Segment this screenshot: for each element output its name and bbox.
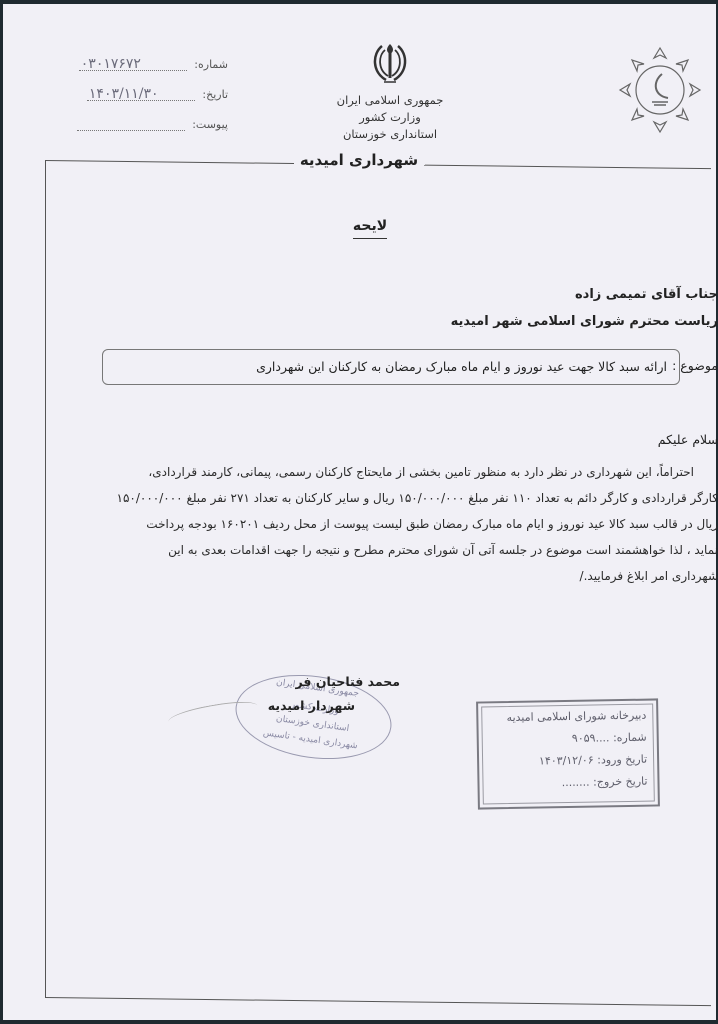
subject-row: موضوع : ارائه سبد کالا جهت عید نوروز و ا… xyxy=(103,349,718,385)
letter-number-value: ۰۳۰۱۷۶۷۲ xyxy=(81,56,141,72)
subject-box: ارائه سبد کالا جهت عید نوروز و ایام ماه … xyxy=(102,349,680,385)
body-line-4: نماید ، لذا خواهشمند است موضوع در جلسه آ… xyxy=(62,537,718,563)
document-title: لایحه xyxy=(0,218,718,234)
municipality-logo-icon xyxy=(612,40,708,136)
addressee-position: ریاست محترم شورای اسلامی شهر امیدیه xyxy=(118,314,718,329)
letter-date-value: ۱۴۰۳/۱۱/۳۰ xyxy=(89,86,159,102)
body-line-5: شهرداری امر ابلاغ فرمایید./ xyxy=(62,563,718,589)
signer-name: محمد فتاحیان فر xyxy=(296,674,400,689)
emblem-line-2: وزارت کشور xyxy=(320,109,460,126)
attachment-label: پیوست: xyxy=(192,118,228,131)
emblem-line-1: جمهوری اسلامی ایران xyxy=(320,92,460,109)
subject-text: ارائه سبد کالا جهت عید نوروز و ایام ماه … xyxy=(256,359,667,374)
stamp-header: دبیرخانه شورای اسلامی امیدیه xyxy=(507,709,647,724)
attachment-row: پیوست: xyxy=(28,118,228,131)
addressee-name: جناب آقای تمیمی زاده xyxy=(118,287,718,302)
letter-date-label: تاریخ: xyxy=(202,88,228,101)
letter-number-row: شماره: ۰۳۰۱۷۶۷۲ xyxy=(28,58,228,71)
signature-block: محمد فتاحیان فر شهردار امیدیه xyxy=(150,668,410,768)
stamp-number: شماره: ....۹۰۵۹ xyxy=(572,731,647,745)
municipality-title: شهرداری امیدیه xyxy=(0,150,718,169)
body-line-2: کارگر قراردادی و کارگر دائم به تعداد ۱۱۰… xyxy=(62,485,718,511)
body-line-1: احتراماً، این شهرداری در نظر دارد به منظ… xyxy=(62,459,718,485)
letterhead-center: جمهوری اسلامی ایران وزارت کشور استانداری… xyxy=(320,38,460,143)
letter-date-row: تاریخ: ۱۴۰۳/۱۱/۳۰ xyxy=(28,88,228,101)
greeting: سلام علیکم xyxy=(658,432,718,447)
stamp-entry-date: تاریخ ورود: ۱۴۰۳/۱۲/۰۶ xyxy=(539,753,647,768)
council-receipt-stamp: دبیرخانه شورای اسلامی امیدیه شماره: ....… xyxy=(476,698,660,809)
emblem-line-3: استانداری خوزستان xyxy=(320,126,460,143)
stamp-exit-date: تاریخ خروج: ........ xyxy=(562,775,648,789)
letter-number-label: شماره: xyxy=(194,58,228,71)
body-text: احتراماً، این شهرداری در نظر دارد به منظ… xyxy=(62,459,718,589)
signer-title: شهردار امیدیه xyxy=(268,698,355,713)
body-line-3: ریال در قالب سبد کالا عید نوروز و ایام م… xyxy=(62,511,718,537)
iran-emblem-icon xyxy=(368,38,412,88)
